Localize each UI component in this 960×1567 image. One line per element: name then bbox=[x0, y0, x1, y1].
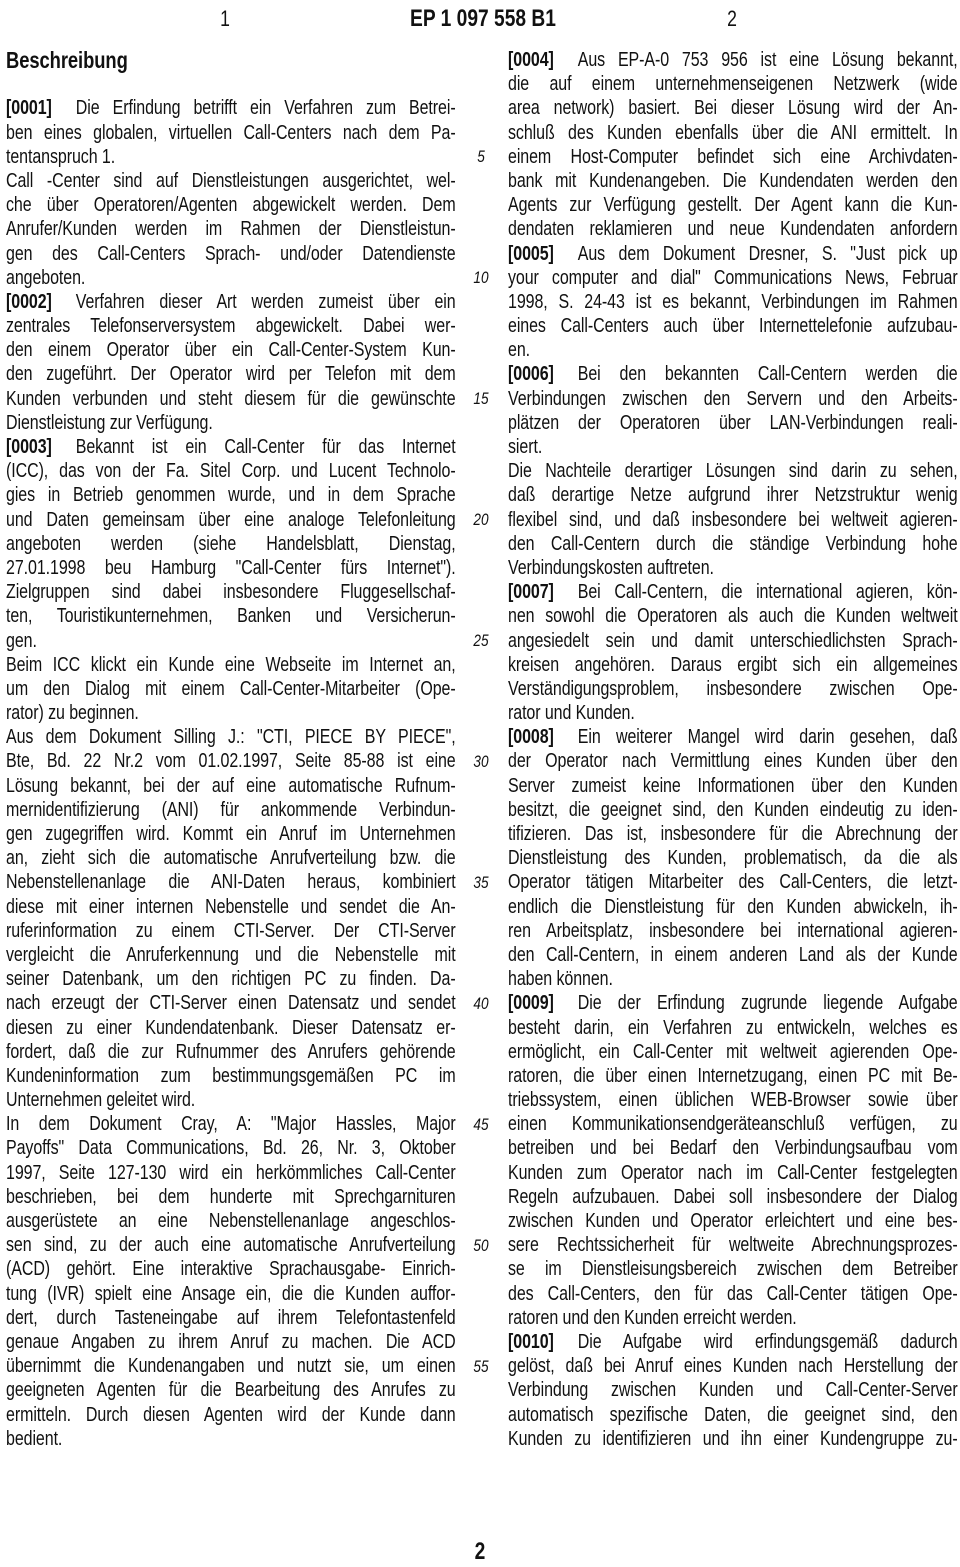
paragraph-number: [0005] bbox=[508, 243, 554, 265]
text-line: [0007]Bei Call-Centern, die internationa… bbox=[508, 580, 958, 604]
text-line: Dienstleistung zur Verfügung. bbox=[6, 411, 456, 435]
text-line: angesiedelt sein und damit unterschiedli… bbox=[508, 629, 958, 653]
text-line: (ICC), das von der Fa. Sitel Corp. und L… bbox=[6, 459, 456, 483]
paragraph-number: [0006] bbox=[508, 363, 554, 385]
text-line: ratoren, die über einen Internetzugang, … bbox=[508, 1064, 958, 1088]
footer-page-number: 2 bbox=[400, 1538, 560, 1566]
paragraph-number: [0007] bbox=[508, 581, 554, 603]
paragraph-number: [0009] bbox=[508, 992, 554, 1014]
text-line: rator) zu beginnen. bbox=[6, 701, 456, 725]
text-line: In dem Dokument Cray, A: "Major Hassles,… bbox=[6, 1112, 456, 1136]
text-line: die auf einem unternehmenseigenen Netzwe… bbox=[508, 72, 958, 96]
text-line: ermitteln. Durch diesen Agenten wird der… bbox=[6, 1403, 456, 1427]
text-line: [0004]Aus EP-A-0 753 956 ist eine Lösung… bbox=[508, 48, 958, 72]
text-line: gen des Call-Centers Sprach- und/oder Da… bbox=[6, 242, 456, 266]
text-line: diese mit einer internen Nebenstelle und… bbox=[6, 895, 456, 919]
text-line: zentrales Telefonserversystem abgewickel… bbox=[6, 314, 456, 338]
text-line: den einem Operator über ein Call-Center-… bbox=[6, 338, 456, 362]
text-line: ben eines globalen, virtuellen Call-Cent… bbox=[6, 121, 456, 145]
text-line: Kunden verbunden und steht diesem für di… bbox=[6, 387, 456, 411]
text-line: genaue Angaben zu ihrem Anruf zu machen.… bbox=[6, 1330, 456, 1354]
paragraph-number: [0008] bbox=[508, 726, 554, 748]
text-line: besteht darin, ein Verfahren zu entwicke… bbox=[508, 1016, 958, 1040]
text-line: en. bbox=[508, 338, 958, 362]
left-column-text: Beschreibung [0001]Die Erfindung betriff… bbox=[6, 48, 456, 1451]
text-line: se im Dienstleisungsbereich zwischen dem… bbox=[508, 1257, 958, 1281]
text-line: Lösung bekannt, bei der auf eine automat… bbox=[6, 774, 456, 798]
text-line: area network) basiert. Bei dieser Lösung… bbox=[508, 96, 958, 120]
document-number: EP 1 097 558 B1 bbox=[379, 5, 587, 32]
text-line: Zielgruppen sind dabei insbesondere Flug… bbox=[6, 580, 456, 604]
text-line: automatisch spezifische Daten, die geeig… bbox=[508, 1403, 958, 1427]
text-line: haben können. bbox=[508, 967, 958, 991]
text-line: diesen zu einer Kundendatenbank. Dieser … bbox=[6, 1016, 456, 1040]
text-line: tentanspruch 1. bbox=[6, 145, 456, 169]
text-line: sere Rechtssicherheit für weltweite Abre… bbox=[508, 1233, 958, 1257]
text-line: des Call-Centers, den für das Call-Cente… bbox=[508, 1282, 958, 1306]
text-line: zwischen Kunden und Operator erleichtert… bbox=[508, 1209, 958, 1233]
text-line: 1997, Seite 127-130 wird ein herkömmlich… bbox=[6, 1161, 456, 1185]
text-line: [0010]Die Aufgabe wird erfindungsgemäß d… bbox=[508, 1330, 958, 1354]
right-column-text: [0004]Aus EP-A-0 753 956 ist eine Lösung… bbox=[508, 48, 958, 1451]
text-line: Verbindungen zwischen den Servern und de… bbox=[508, 387, 958, 411]
text-line: betreiben und bei Bedarf den Verbindungs… bbox=[508, 1136, 958, 1160]
text-line: geeigneten Agenten für die Bearbeitung d… bbox=[6, 1378, 456, 1402]
text-line: besitzt, die geeignet sind, den Kunden e… bbox=[508, 798, 958, 822]
text-line: ermöglicht, ein Call-Center mit weltweit… bbox=[508, 1040, 958, 1064]
text-line: ruferinformation zu einem CTI-Server. De… bbox=[6, 919, 456, 943]
patent-page: 1 EP 1 097 558 B1 2 Beschreibung [0001]D… bbox=[0, 0, 960, 1567]
text-line: beschrieben, bei dem hunderte mit Sprech… bbox=[6, 1185, 456, 1209]
text-line: schluß des Kunden ebenfalls über die ANI… bbox=[508, 121, 958, 145]
text-line: Unternehmen geleitet wird. bbox=[6, 1088, 456, 1112]
text-line: an, zieht sich die automatische Anrufver… bbox=[6, 846, 456, 870]
header-column-number-right: 2 bbox=[652, 6, 812, 32]
text-line: um den Dialog mit einem Call-Center-Mita… bbox=[6, 677, 456, 701]
text-line: vergleicht die Anruferkennung und die Ne… bbox=[6, 943, 456, 967]
text-line: gen. bbox=[6, 629, 456, 653]
text-line: Verständigungsproblem, insbesondere zwis… bbox=[508, 677, 958, 701]
text-line: Aus dem Dokument Silling J.: "CTI, PIECE… bbox=[6, 725, 456, 749]
text-line: [0001]Die Erfindung betrifft ein Verfahr… bbox=[6, 96, 456, 120]
text-line: flexibel sind, und daß insbesondere bei … bbox=[508, 508, 958, 532]
text-line: Agents zur Verfügung gestellt. Der Agent… bbox=[508, 193, 958, 217]
text-line: übernimmt die Kundenangaben und nutzt si… bbox=[6, 1354, 456, 1378]
text-line: Die Nachteile derartiger Lösungen sind d… bbox=[508, 459, 958, 483]
text-line: den zugeführt. Der Operator wird per Tel… bbox=[6, 362, 456, 386]
text-line: plätzen der Operatoren über LAN-Verbindu… bbox=[508, 411, 958, 435]
text-line: [0008]Ein weiterer Mangel wird darin ges… bbox=[508, 725, 958, 749]
paragraph-number: [0003] bbox=[6, 436, 52, 458]
text-line: Beim ICC klickt ein Kunde eine Webseite … bbox=[6, 653, 456, 677]
text-line: endlich die Dienstleistung für den Kunde… bbox=[508, 895, 958, 919]
text-line: che über Operatoren/Agenten abgewickelt … bbox=[6, 193, 456, 217]
paragraph-number: [0002] bbox=[6, 291, 52, 313]
text-line: ren Arbeitsplatz, insbesondere bei inter… bbox=[508, 919, 958, 943]
text-line: kreisen angehören. Daraus ergibt sich ei… bbox=[508, 653, 958, 677]
text-line: [0009]Die der Erfindung zugrunde liegend… bbox=[508, 991, 958, 1015]
text-line: (ACD) gehört. Eine interaktive Sprachaus… bbox=[6, 1257, 456, 1281]
text-line: Operator tätigen Mitarbeiter des Call-Ce… bbox=[508, 870, 958, 894]
text-line: rator und Kunden. bbox=[508, 701, 958, 725]
text-line: Call -Center sind auf Dienstleistungen a… bbox=[6, 169, 456, 193]
paragraph-number: [0010] bbox=[508, 1331, 554, 1353]
text-line: angeboten. bbox=[6, 266, 456, 290]
text-line: nach erzeugt der CTI-Server einen Datens… bbox=[6, 991, 456, 1015]
text-line: bedient. bbox=[6, 1427, 456, 1451]
paragraph-number: [0004] bbox=[508, 49, 554, 71]
text-line: triebssystem, einen üblichen WEB-Browser… bbox=[508, 1088, 958, 1112]
text-line: sen sind, zu der auch eine automatische … bbox=[6, 1233, 456, 1257]
text-line: ten, Touristikunternehmen, Banken und Ve… bbox=[6, 604, 456, 628]
text-line: Kunden zu identifizieren und ihn einer K… bbox=[508, 1427, 958, 1451]
text-line: [0002]Verfahren dieser Art werden zumeis… bbox=[6, 290, 456, 314]
text-line: Verbindung zwischen Kunden und Call-Cent… bbox=[508, 1378, 958, 1402]
text-line: ratoren und den Kunden erreicht werden. bbox=[508, 1306, 958, 1330]
text-line: einem Host-Computer befindet sich eine A… bbox=[508, 145, 958, 169]
text-line: seiner Datenbank, um den richtigen PC zu… bbox=[6, 967, 456, 991]
text-line: Bte, Bd. 22 Nr.2 vom 01.02.1997, Seite 8… bbox=[6, 749, 456, 773]
text-line: tung (IVR) spielt eine Ansage ein, die d… bbox=[6, 1282, 456, 1306]
text-line: your computer and dial" Communications N… bbox=[508, 266, 958, 290]
header-column-number-left: 1 bbox=[145, 6, 305, 32]
text-line: ausgerüstete an eine Nebenstellenanlage … bbox=[6, 1209, 456, 1233]
text-line: der Operator nach Vermittlung eines Kund… bbox=[508, 749, 958, 773]
text-line: gelöst, daß bei Anruf eines Kunden nach … bbox=[508, 1354, 958, 1378]
text-line: Nebenstellenanlage die ANI-Daten heraus,… bbox=[6, 870, 456, 894]
text-line: fordert, daß die zur Rufnummer des Anruf… bbox=[6, 1040, 456, 1064]
text-line: Regeln aufzubauen. Dabei soll insbesonde… bbox=[508, 1185, 958, 1209]
text-line: 27.01.1998 beu Hamburg "Call-Center fürs… bbox=[6, 556, 456, 580]
text-line: Kunden zum Operator nach im Call-Center … bbox=[508, 1161, 958, 1185]
text-line: mernidentifizierung (ANI) für ankommende… bbox=[6, 798, 456, 822]
text-line: nen sowohl die Operatoren als auch die K… bbox=[508, 604, 958, 628]
text-line: bank mit Kundenangeben. Die Kundendaten … bbox=[508, 169, 958, 193]
text-line: Dienstleistung des Kunden, problematisch… bbox=[508, 846, 958, 870]
right-column: [0004]Aus EP-A-0 753 956 ist eine Lösung… bbox=[508, 48, 960, 1451]
text-line: einen Kommunikationsendgeräteanschluß ve… bbox=[508, 1112, 958, 1136]
text-line: Payoffs" Data Communications, Bd. 26, Nr… bbox=[6, 1136, 456, 1160]
text-line: siert. bbox=[508, 435, 958, 459]
text-line: [0006]Bei den bekannten Call-Centern wer… bbox=[508, 362, 958, 386]
text-line: und Daten gemeinsam über eine analoge Te… bbox=[6, 508, 456, 532]
text-line: [0005]Aus dem Dokument Dresner, S. "Just… bbox=[508, 242, 958, 266]
text-line: den Call-Centern durch die ständige Verb… bbox=[508, 532, 958, 556]
text-line: eines Call-Centers auch über Internettel… bbox=[508, 314, 958, 338]
text-line: gies in Betrieb genommen wurde, und in d… bbox=[6, 483, 456, 507]
text-line: 1998, S. 24-43 ist es bekannt, Verbindun… bbox=[508, 290, 958, 314]
description-heading: Beschreibung bbox=[6, 48, 456, 72]
paragraph-number: [0001] bbox=[6, 97, 52, 119]
text-line: angeboten werden (siehe Handelsblatt, Di… bbox=[6, 532, 456, 556]
text-line: Anrufer/Kunden werden im Rahmen der Dien… bbox=[6, 217, 456, 241]
text-line: daß derartige Netze aufgrund ihrer Netzs… bbox=[508, 483, 958, 507]
text-line: gen zugegriffen wird. Kommt ein Anruf im… bbox=[6, 822, 456, 846]
text-line: dendaten reklamieren und neue Kundendate… bbox=[508, 217, 958, 241]
text-line: den Call-Centern, in einem anderen Land … bbox=[508, 943, 958, 967]
text-line: Verbindungskosten auftreten. bbox=[508, 556, 958, 580]
text-line: Kundeninformation zum bestimmungsgemäßen… bbox=[6, 1064, 456, 1088]
text-line: [0003]Bekannt ist ein Call-Center für da… bbox=[6, 435, 456, 459]
text-line: Server zumeist keine Informationen über … bbox=[508, 774, 958, 798]
blank-line bbox=[6, 72, 456, 96]
text-line: dert, durch Tasteneingabe auf ihrem Tele… bbox=[6, 1306, 456, 1330]
text-line: tifizieren. Das ist, insbesondere für di… bbox=[508, 822, 958, 846]
